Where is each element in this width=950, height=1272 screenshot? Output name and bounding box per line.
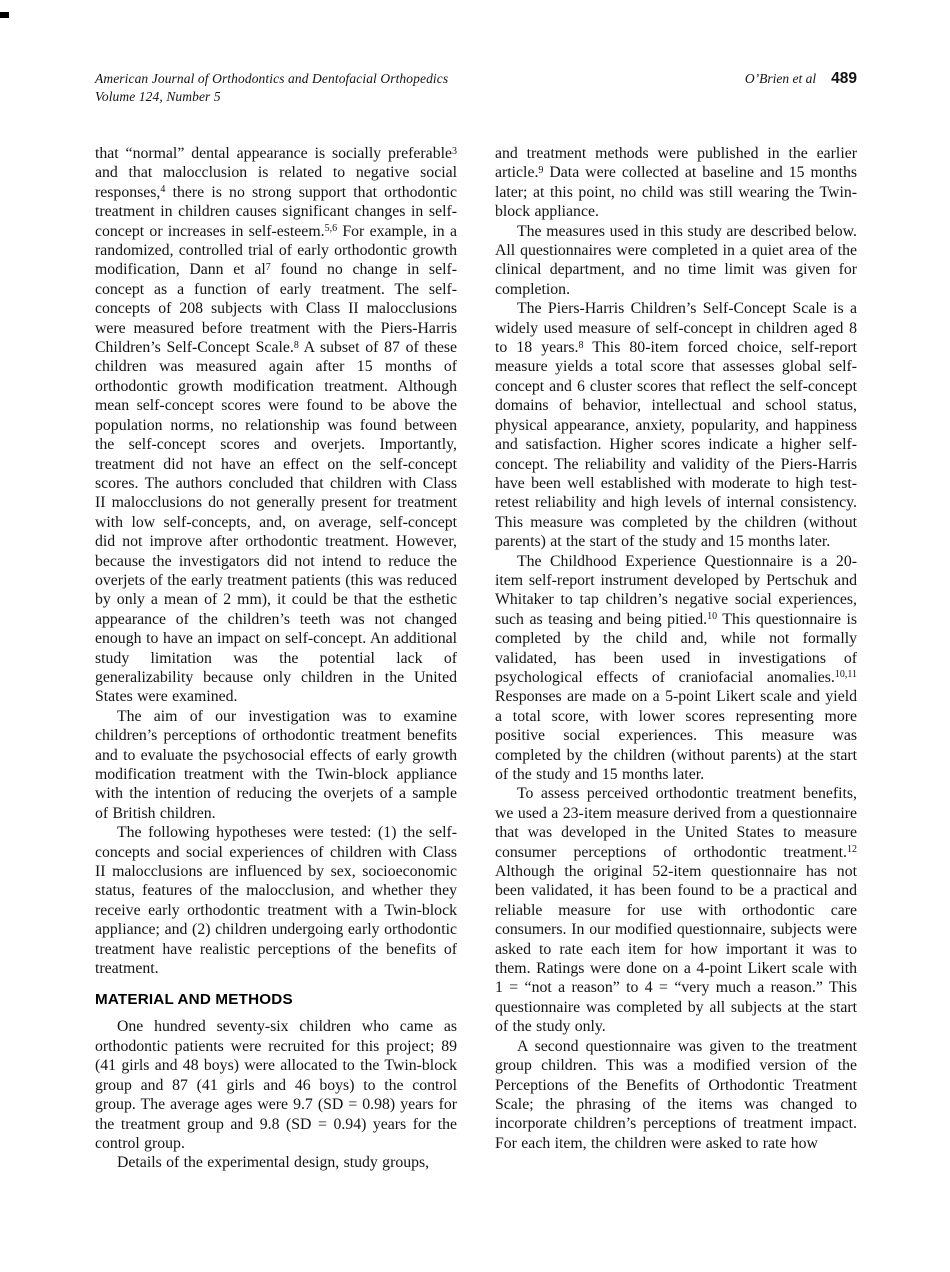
paragraph: To assess perceived orthodontic treatmen… — [495, 784, 857, 1036]
reference-superscript: 10 — [707, 611, 717, 622]
paragraph: The Piers-Harris Children’s Self-Concept… — [495, 299, 857, 551]
running-authors-page: O’Brien et al 489 — [745, 70, 857, 88]
journal-title: American Journal of Orthodontics and Den… — [95, 70, 448, 88]
paragraph: and treatment methods were published in … — [495, 144, 857, 222]
page-number: 489 — [831, 70, 857, 88]
journal-info: American Journal of Orthodontics and Den… — [95, 70, 448, 105]
journal-volume-number: Volume 124, Number 5 — [95, 88, 448, 106]
reference-superscript: 8 — [578, 340, 583, 351]
section-heading: MATERIAL AND METHODS — [95, 991, 457, 1008]
paragraph: that “normal” dental appearance is socia… — [95, 144, 457, 707]
running-authors: O’Brien et al — [745, 71, 816, 87]
paragraph: The Childhood Experience Questionnaire i… — [495, 552, 857, 785]
reference-superscript: 12 — [847, 844, 857, 855]
paragraph: Details of the experimental design, stud… — [95, 1153, 457, 1172]
reference-superscript: 7 — [266, 262, 271, 273]
scan-artifact-mark — [0, 12, 9, 18]
reference-superscript: 8 — [294, 340, 299, 351]
paragraph: The aim of our investigation was to exam… — [95, 707, 457, 823]
article-body: that “normal” dental appearance is socia… — [95, 144, 857, 1173]
paragraph: A second questionnaire was given to the … — [495, 1037, 857, 1153]
paragraph: One hundred seventy-six children who cam… — [95, 1017, 457, 1153]
reference-superscript: 3 — [452, 146, 457, 157]
paragraph: The measures used in this study are desc… — [495, 222, 857, 300]
paragraph: The following hypotheses were tested: (1… — [95, 823, 457, 978]
reference-superscript: 10,11 — [835, 669, 857, 680]
reference-superscript: 5,6 — [325, 223, 338, 234]
left-column: that “normal” dental appearance is socia… — [95, 144, 457, 1173]
running-head: American Journal of Orthodontics and Den… — [95, 70, 857, 105]
right-column: and treatment methods were published in … — [495, 144, 857, 1173]
reference-superscript: 9 — [538, 165, 543, 176]
reference-superscript: 4 — [160, 184, 165, 195]
